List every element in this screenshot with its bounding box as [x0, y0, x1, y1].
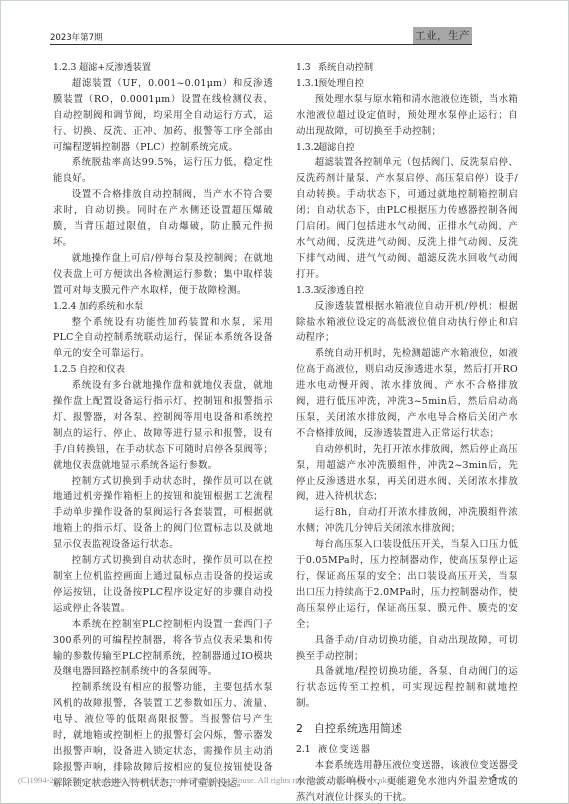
paragraph: 系统设有多台就地操作盘和就地仪表盘，就地操作盘上配置设备运行指示灯、控制钮和报警…	[53, 378, 273, 473]
section-title: 反渗透自控	[318, 285, 364, 296]
section-number: 1.3.1	[296, 76, 318, 92]
section-number: 1.3.2	[296, 140, 318, 156]
paragraph: 设置不合格排放自动控制阀，当产水不符合要求时，自动切换。同时在产水侧还设置超压爆…	[53, 187, 273, 251]
section-title: 自控系统选用简述	[314, 722, 402, 735]
heading-1-3-2: 1.3.2超滤自控	[296, 140, 518, 156]
paragraph: 每台高压泵入口装设低压开关，当泵入口压力低于0.05MPa时，压力控制器动作，使…	[296, 537, 518, 632]
section-title: 自控和仪表	[79, 364, 125, 375]
heading-1-3-1: 1.3.1预处理自控	[296, 76, 518, 92]
paragraph: 自动停机时，先打开浓水排放阀，然后停止高压泵，用超滤产水冲洗膜组件，冲洗2~3m…	[296, 442, 518, 506]
section-title: 加药系统和水泵	[79, 301, 143, 312]
left-column: 1.2.3超滤+反渗透装置 超滤装置（UF，0.001~0.01μm）和反渗透膜…	[53, 60, 273, 792]
heading-2: 2自控系统选用简述	[296, 720, 518, 738]
paragraph: 整个系统设有功能性加药装置和水泵，采用PLC全自动控制系统联动运行，保证本系统各…	[53, 315, 273, 363]
copyright-footer: (C)1994-2023 China Academic Journal Elec…	[18, 775, 478, 785]
paragraph: 系统自动开机时，先检测超滤产水箱液位，如液位高于高液位，则启动反渗透进水泵，然后…	[296, 346, 518, 441]
paragraph: 控制方式切换到自动状态时，操作员可以在控制室上位机监控画面上通过鼠标点击设备的投…	[53, 553, 273, 617]
section-number: 1.3	[296, 60, 318, 76]
section-title: 系统自动控制	[318, 62, 373, 73]
page-number: —5—	[484, 773, 505, 783]
right-column: 1.3系统自动控制 1.3.1预处理自控 预处理水泵与原水箱和清水池液位连锁，当…	[296, 60, 518, 804]
heading-1-2-5: 1.2.5自控和仪表	[53, 362, 273, 378]
paragraph: 具备手动/自动切换功能，自动出现故障，可切换至手动控制；	[296, 633, 518, 665]
copyright-text: (C)1994-2023 China Academic Journal Elec…	[18, 775, 324, 785]
section-title: 超滤自控	[318, 142, 355, 153]
paragraph: 运行8h，自动打开浓水排放阀，冲洗膜组件浓水侧；冲洗几分钟后关闭浓水排放阀；	[296, 505, 518, 537]
section-tag: 工业，生产	[413, 27, 472, 44]
paragraph: 本系统在控制室PLC控制柜内设置一套西门子300系列的可编程控制器，将各节点仪表…	[53, 617, 273, 681]
heading-2-1: 2.1液位变送器	[296, 742, 518, 758]
paragraph: 超滤装置各控制单元（包括阀门、反洗泵启停、反洗药剂计量泵、产水泵启停、高压泵启停…	[296, 155, 518, 282]
section-number: 1.2.3	[53, 60, 79, 76]
running-header: 2023年第7期 工业，生产	[50, 28, 472, 45]
paragraph: 具备就地/程控切换功能，各泵、自动阀门的运行状态远传至工控机，可实现远程控制和就…	[296, 664, 518, 712]
section-title: 液位变送器	[318, 744, 371, 755]
section-title: 预处理自控	[318, 78, 364, 89]
heading-1-3-3: 1.3.3反渗透自控	[296, 283, 518, 299]
heading-1-2-4: 1.2.4加药系统和水泵	[53, 299, 273, 315]
paragraph: 反渗透装置根据水箱液位自动开机/停机：根据除盐水箱液位设定的高低液位值自动执行停…	[296, 299, 518, 347]
section-number: 1.2.4	[53, 299, 79, 315]
section-number: 2	[296, 720, 314, 738]
journal-issue: 2023年第7期	[50, 31, 103, 43]
section-number: 1.3.3	[296, 283, 318, 299]
section-number: 2.1	[296, 742, 318, 758]
section-number: 1.2.5	[53, 362, 79, 378]
paragraph: 预处理水泵与原水箱和清水池液位连锁，当水箱水池液位超过设定值时，预处理水泵停止运…	[296, 92, 518, 140]
footer-url: http://www.cnki.net	[334, 775, 402, 785]
paragraph: 系统脱盐率高达99.5%，运行压力低，稳定性能良好。	[53, 155, 273, 187]
heading-1-2-3: 1.2.3超滤+反渗透装置	[53, 60, 273, 76]
paragraph: 控制方式切换到手动状态时，操作员可以在就地通过机旁操作箱柜上的按钮和旋钮根据工艺…	[53, 474, 273, 554]
paragraph: 超滤装置（UF，0.001~0.01μm）和反渗透膜装置（RO，0.0001μm…	[53, 76, 273, 156]
heading-1-3: 1.3系统自动控制	[296, 60, 518, 76]
paragraph: 就地操作盘上可启/停每台泵及控制阀；在就地仪表盘上可方便读出各检测运行参数；集中…	[53, 251, 273, 299]
section-title: 超滤+反渗透装置	[79, 62, 151, 73]
